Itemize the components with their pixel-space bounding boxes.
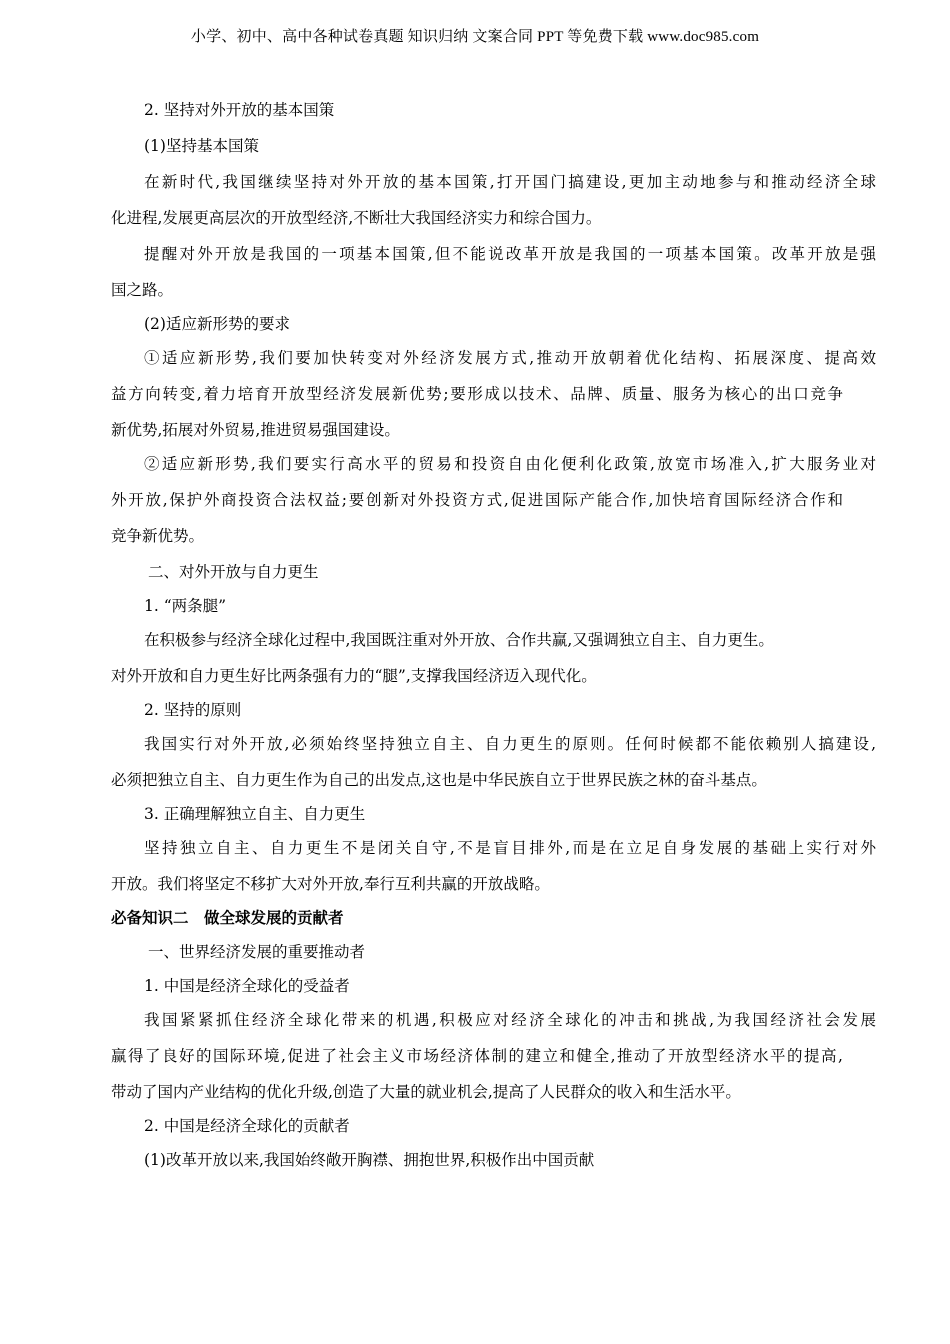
text-line: 2. 中国是经济全球化的贡献者 <box>111 1114 350 1136</box>
text-line: 国之路。 <box>111 278 173 300</box>
text-line: 1. “两条腿” <box>111 594 226 616</box>
text-line: ②适应新形势,我们要实行高水平的贸易和投资自由化便利化政策,放宽市场准入,扩大服… <box>111 452 876 474</box>
text-line: (2)适应新形势的要求 <box>111 312 290 334</box>
text-line: 开放。我们将坚定不移扩大对外开放,奉行互利共赢的开放战略。 <box>111 872 550 894</box>
text-line: 必须把独立自主、自力更生作为自己的出发点,这也是中华民族自立于世界民族之林的奋斗… <box>111 768 767 790</box>
text-line: 一、世界经济发展的重要推动者 <box>111 940 365 962</box>
section-heading: 必备知识二 做全球发展的贡献者 <box>111 906 344 928</box>
text-line: (1)改革开放以来,我国始终敞开胸襟、拥抱世界,积极作出中国贡献 <box>111 1148 594 1170</box>
text-line: 我国实行对外开放,必须始终坚持独立自主、自力更生的原则。任何时候都不能依赖别人搞… <box>111 732 876 754</box>
text-line: 2. 坚持对外开放的基本国策 <box>111 98 334 120</box>
text-line: 新优势,拓展对外贸易,推进贸易强国建设。 <box>111 418 400 440</box>
text-line: 化进程,发展更高层次的开放型经济,不断壮大我国经济实力和综合国力。 <box>111 206 601 228</box>
text-line: 1. 中国是经济全球化的受益者 <box>111 974 350 996</box>
text-line: 在积极参与经济全球化过程中,我国既注重对外开放、合作共赢,又强调独立自主、自力更… <box>111 628 774 650</box>
text-line: 2. 坚持的原则 <box>111 698 241 720</box>
text-line: ①适应新形势,我们要加快转变对外经济发展方式,推动开放朝着优化结构、拓展深度、提… <box>111 346 876 368</box>
text-line: 对外开放和自力更生好比两条强有力的“腿”,支撑我国经济迈入现代化。 <box>111 664 597 686</box>
text-line: 我国紧紧抓住经济全球化带来的机遇,积极应对经济全球化的冲击和挑战,为我国经济社会… <box>111 1008 876 1030</box>
text-line: 二、对外开放与自力更生 <box>111 560 319 582</box>
text-line: 竞争新优势。 <box>111 524 204 546</box>
text-line: 益方向转变,着力培育开放型经济发展新优势;要形成以技术、品牌、质量、服务为核心的… <box>111 382 843 404</box>
text-line: 带动了国内产业结构的优化升级,创造了大量的就业机会,提高了人民群众的收入和生活水… <box>111 1080 741 1102</box>
text-line: 外开放,保护外商投资合法权益;要创新对外投资方式,促进国际产能合作,加快培育国际… <box>111 488 843 510</box>
text-line: 坚持独立自主、自力更生不是闭关自守,不是盲目排外,而是在立足自身发展的基础上实行… <box>111 836 876 858</box>
text-line: 赢得了良好的国际环境,促进了社会主义市场经济体制的建立和健全,推动了开放型经济水… <box>111 1044 843 1066</box>
text-line: 在新时代,我国继续坚持对外开放的基本国策,打开国门搞建设,更加主动地参与和推动经… <box>111 170 876 192</box>
text-line: (1)坚持基本国策 <box>111 134 259 156</box>
page-header: 小学、初中、高中各种试卷真题 知识归纳 文案合同 PPT 等免费下载 www.d… <box>0 25 950 46</box>
text-line: 3. 正确理解独立自主、自力更生 <box>111 802 365 824</box>
text-line: 提醒对外开放是我国的一项基本国策,但不能说改革开放是我国的一项基本国策。改革开放… <box>111 242 876 264</box>
